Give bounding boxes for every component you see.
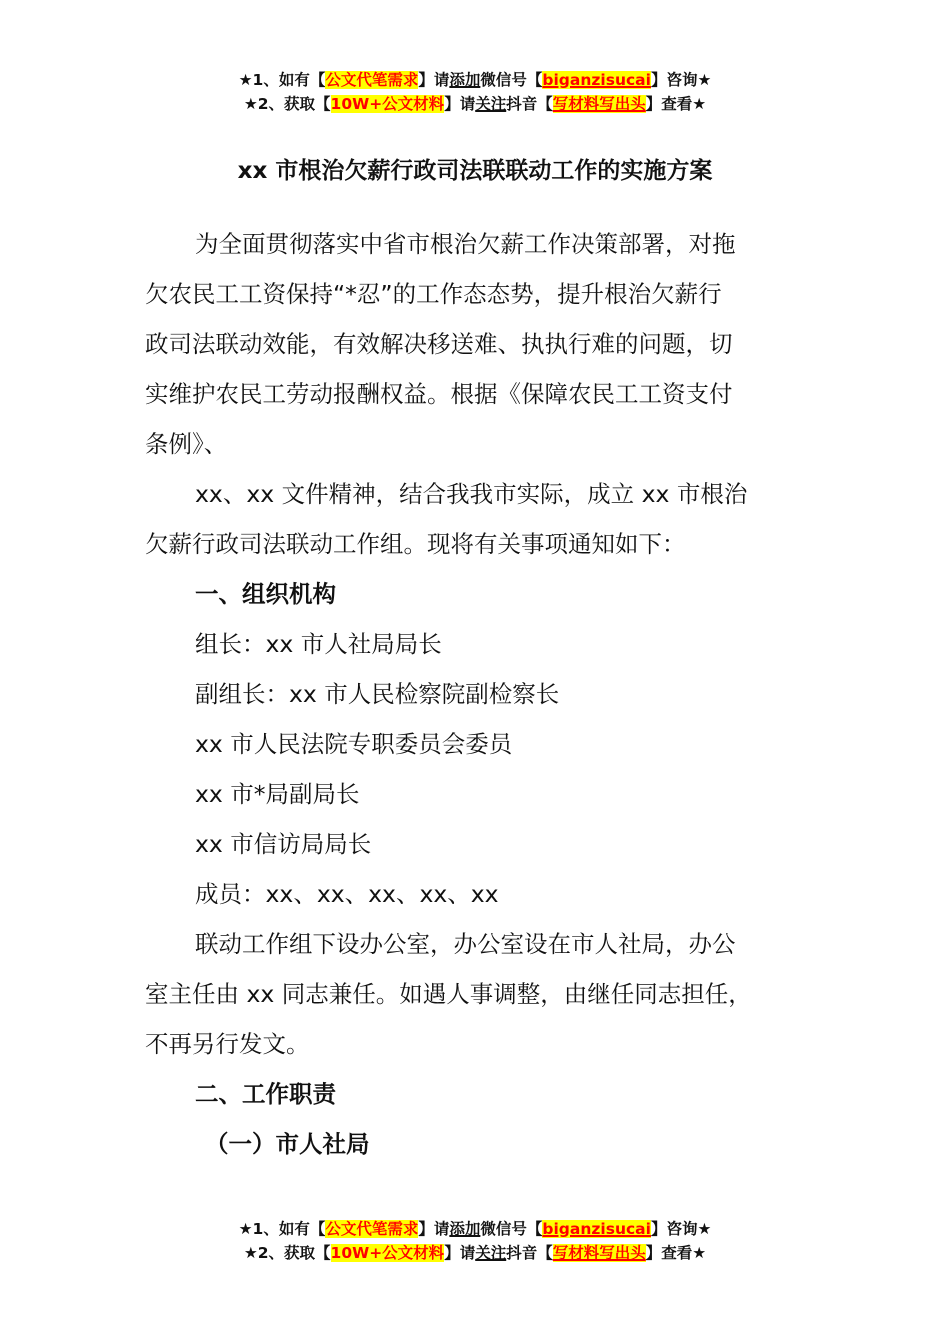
- banner-text: 微信号【: [480, 71, 542, 89]
- document-title: xx 市根治欠薪行政司法联联动工作的实施方案: [0, 155, 950, 187]
- text-line: 实维护农民工劳动报酬权益。根据《保障农民工工资支付: [145, 369, 800, 419]
- highlight-douyin-account: 写材料写出头: [553, 95, 646, 113]
- text-line: 政司法联动效能，有效解决移送难、执执行难的问题，切: [145, 319, 800, 369]
- deputy-leader-line: 副组长：xx 市人民检察院副检察长: [145, 669, 800, 719]
- underlined-add: 添加: [449, 71, 480, 89]
- banner-text: ★2、获取【: [244, 95, 331, 113]
- highlight-wechat-id: biganzisucai: [542, 71, 651, 89]
- text-line: 室主任由 xx 同志兼任。如遇人事调整，由继任同志担任，: [145, 969, 800, 1019]
- underlined-follow: 关注: [475, 95, 506, 113]
- banner-text: 】请: [444, 1244, 475, 1262]
- banner-text: 】咨询★: [651, 1220, 711, 1238]
- text-line: xx、xx 文件精神，结合我我市实际，成立 xx 市根治: [145, 469, 800, 519]
- banner-text: 】咨询★: [651, 71, 711, 89]
- banner-text: 】请: [418, 71, 449, 89]
- intro-paragraph: 为全面贯彻落实中省市根治欠薪工作决策部署，对拖 欠农民工工资保持“*忍”的工作态…: [145, 219, 800, 469]
- office-paragraph: 联动工作组下设办公室，办公室设在市人社局，办公 室主任由 xx 同志兼任。如遇人…: [145, 919, 800, 1069]
- basis-paragraph: xx、xx 文件精神，结合我我市实际，成立 xx 市根治 欠薪行政司法联动工作组…: [145, 469, 800, 569]
- members-line: 成员：xx、xx、xx、xx、xx: [145, 869, 800, 919]
- text-line: 联动工作组下设办公室，办公室设在市人社局，办公: [145, 919, 800, 969]
- highlight-douyin-account: 写材料写出头: [553, 1244, 646, 1262]
- banner-line-1: ★1、如有【公文代笔需求】请添加微信号【biganzisucai】咨询★: [0, 1217, 950, 1241]
- highlight-materials: 10W+公文材料: [331, 1244, 445, 1262]
- underlined-follow: 关注: [475, 1244, 506, 1262]
- highlight-ghostwriting: 公文代笔需求: [325, 71, 418, 89]
- banner-text: 】请: [444, 95, 475, 113]
- subsection-heading-hr-bureau: （一）市人社局: [145, 1119, 800, 1169]
- banner-line-1: ★1、如有【公文代笔需求】请添加微信号【biganzisucai】咨询★: [0, 68, 950, 92]
- banner-line-2: ★2、获取【10W+公文材料】请关注抖音【写材料写出头】查看★: [0, 92, 950, 116]
- banner-text: 】查看★: [646, 95, 706, 113]
- section-heading-duties: 二、工作职责: [145, 1069, 800, 1119]
- text-line: 为全面贯彻落实中省市根治欠薪工作决策部署，对拖: [145, 219, 800, 269]
- highlight-ghostwriting: 公文代笔需求: [325, 1220, 418, 1238]
- banner-line-2: ★2、获取【10W+公文材料】请关注抖音【写材料写出头】查看★: [0, 1241, 950, 1265]
- banner-text: 抖音【: [506, 95, 553, 113]
- highlight-materials: 10W+公文材料: [331, 95, 445, 113]
- banner-text: 抖音【: [506, 1244, 553, 1262]
- leader-line: 组长：xx 市人社局局长: [145, 619, 800, 669]
- banner-text: 微信号【: [480, 1220, 542, 1238]
- deputy-line: xx 市人民法院专职委员会委员: [145, 719, 800, 769]
- banner-text: ★1、如有【: [239, 1220, 326, 1238]
- banner-text: ★1、如有【: [239, 71, 326, 89]
- banner-text: 】请: [418, 1220, 449, 1238]
- text-line: 条例》、: [145, 419, 800, 469]
- text-line: 不再另行发文。: [145, 1019, 800, 1069]
- underlined-add: 添加: [449, 1220, 480, 1238]
- deputy-line: xx 市信访局局长: [145, 819, 800, 869]
- top-banner: ★1、如有【公文代笔需求】请添加微信号【biganzisucai】咨询★ ★2、…: [0, 68, 950, 116]
- banner-text: 】查看★: [646, 1244, 706, 1262]
- section-heading-organization: 一、组织机构: [145, 569, 800, 619]
- text-line: 欠薪行政司法联动工作组。现将有关事项通知如下：: [145, 519, 800, 569]
- banner-text: ★2、获取【: [244, 1244, 331, 1262]
- text-line: 欠农民工工资保持“*忍”的工作态态势，提升根治欠薪行: [145, 269, 800, 319]
- bottom-banner: ★1、如有【公文代笔需求】请添加微信号【biganzisucai】咨询★ ★2、…: [0, 1217, 950, 1265]
- document-body: 为全面贯彻落实中省市根治欠薪工作决策部署，对拖 欠农民工工资保持“*忍”的工作态…: [145, 219, 800, 1169]
- deputy-line: xx 市*局副局长: [145, 769, 800, 819]
- highlight-wechat-id: biganzisucai: [542, 1220, 651, 1238]
